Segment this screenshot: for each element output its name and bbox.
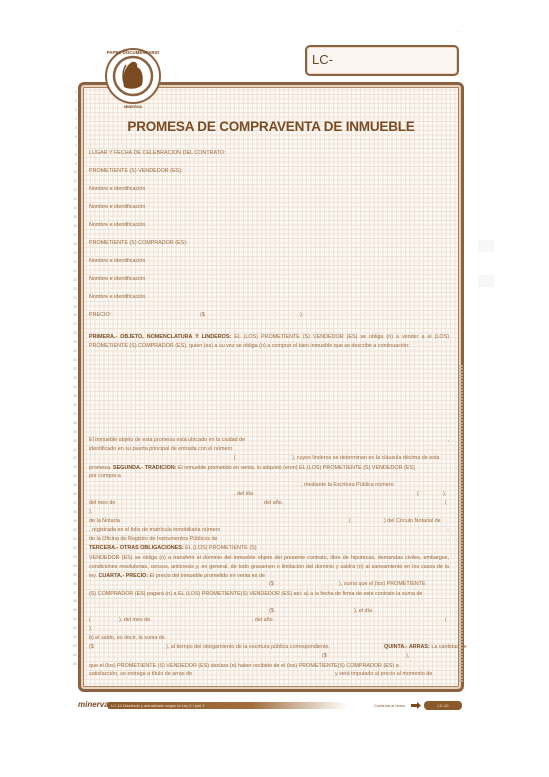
line-number: 57 — [67, 589, 77, 598]
line-number: 34 — [67, 383, 77, 392]
line-number: 2 — [67, 97, 77, 106]
line-number: 58 — [67, 597, 77, 606]
line-number: 28 — [67, 329, 77, 338]
line-number: 8 — [67, 151, 77, 160]
line-number: 12 — [67, 186, 77, 195]
line-number: 48 — [67, 508, 77, 517]
line-number: 61 — [67, 624, 77, 633]
continue-label: Continúa al dorso — [374, 702, 405, 709]
line-64[interactable]: satisfacción, se entrega a título de arr… — [89, 671, 449, 677]
line-45[interactable]: del mes de del año, ( — [89, 500, 449, 506]
line-number: 27 — [67, 320, 77, 329]
line-number: 32 — [67, 365, 77, 374]
line-number: 16 — [67, 222, 77, 231]
form-code-badge: LC-10 — [424, 701, 462, 710]
clausula-tercera-cuarta: VENDEDOR (ES) se obliga (n) a transferir… — [89, 554, 449, 581]
line-63: que el (los) PROMETIENTE (S) VENDEDOR (E… — [89, 662, 449, 671]
precio-field[interactable]: PRECIO: ($ ). — [89, 312, 111, 318]
arrow-right-icon — [411, 702, 421, 709]
line-48[interactable]: , registrada en el folio de matrícula in… — [89, 527, 449, 533]
clausula-quinta-heading: QUINTA.- ARRAS: — [384, 644, 430, 650]
line-number: 25 — [67, 303, 77, 312]
line-number: 35 — [67, 392, 77, 401]
comprador-heading: PROMETIENTE (S) COMPRADOR (ES): — [89, 240, 188, 246]
lc-number-field[interactable]: LC- — [305, 45, 459, 76]
line-number: 47 — [67, 499, 77, 508]
line-number: 50 — [67, 526, 77, 535]
line-number: 4 — [67, 115, 77, 124]
line-number: 26 — [67, 311, 77, 320]
vendedor-heading: PROMETIENTE (S) VENDEDOR (ES): — [89, 168, 182, 174]
reference-bar: LC-10 Diseñado y actualizado según la Le… — [108, 702, 348, 709]
line-number: 22 — [67, 276, 77, 285]
line-42[interactable]: por compra a — [89, 473, 121, 479]
line-number: 31 — [67, 356, 77, 365]
line-number: 23 — [67, 285, 77, 294]
line-number: 37 — [67, 410, 77, 419]
clausula-primera: PRIMERA.- OBJETO, NOMENCLATURA Y LINDERO… — [89, 333, 449, 351]
line-number: 33 — [67, 374, 77, 383]
logo-text-bottom: MINERVA — [124, 104, 142, 109]
background-artifact — [478, 275, 494, 287]
line-number: 56 — [67, 580, 77, 589]
line-number: 11 — [67, 177, 77, 186]
comprador-nombre-2[interactable]: Nombre e identificación — [89, 276, 145, 282]
line-number: 53 — [67, 553, 77, 562]
line-number: 14 — [67, 204, 77, 213]
line-number: 15 — [67, 213, 77, 222]
line-number: 1 — [67, 88, 77, 97]
line-number: 17 — [67, 231, 77, 240]
brand-logo: minerva — [78, 700, 109, 709]
line-number: 41 — [67, 446, 77, 455]
line-39[interactable]: identificado en su puerta principal de e… — [89, 446, 232, 452]
line-61[interactable]: ($ ), al tiempo del otorgamiento de la e… — [89, 644, 449, 650]
vendedor-nombre-3[interactable]: Nombre e identificación — [89, 222, 145, 228]
lc-label: LC- — [312, 52, 333, 67]
line-number: 54 — [67, 562, 77, 571]
line-number: 65 — [67, 660, 77, 669]
line-38[interactable]: El inmueble objeto de esta promesa está … — [89, 437, 449, 443]
line-number: 42 — [67, 454, 77, 463]
logo-text-top: PAPEL DOCUMENTARIO — [107, 50, 160, 55]
line-number: 59 — [67, 606, 77, 615]
line-number: 19 — [67, 249, 77, 258]
line-number: 9 — [67, 160, 77, 169]
line-49[interactable]: de la Oficina de Registro de Instrumento… — [89, 536, 449, 542]
clausula-tercera-heading: TERCERA.- OTRAS OBLIGACIONES: EL (LOS) P… — [89, 545, 257, 551]
comprador-nombre-1[interactable]: Nombre e identificación — [89, 258, 145, 264]
line-55: (S) COMPRADOR (ES) pagará (n) a EL (LOS)… — [89, 590, 449, 599]
page-mark: --- — [457, 29, 460, 33]
line-number: 52 — [67, 544, 77, 553]
background-artifact — [478, 240, 494, 252]
line-number: 5 — [67, 124, 77, 133]
line-number: 10 — [67, 168, 77, 177]
line-number: 55 — [67, 571, 77, 580]
line-number: 6 — [67, 133, 77, 142]
line-number: 29 — [67, 338, 77, 347]
line-number: 21 — [67, 267, 77, 276]
line-47[interactable]: de la Notaría ( ) del Círculo Notarial d… — [89, 518, 449, 524]
footer: minerva LC-10 Diseñado y actualizado seg… — [78, 700, 462, 712]
line-number: 38 — [67, 419, 77, 428]
minerva-seal-logo: PAPEL DOCUMENTARIO MINERVA — [102, 47, 164, 109]
line-58[interactable]: ( ), del mes de , del año ( — [89, 617, 449, 623]
line-number: 63 — [67, 642, 77, 651]
line-number: 60 — [67, 615, 77, 624]
line-number: 62 — [67, 633, 77, 642]
side-legal-text — [459, 365, 463, 683]
line-number: 51 — [67, 535, 77, 544]
document-title: PROMESA DE COMPRAVENTA DE INMUEBLE — [78, 119, 464, 134]
vendedor-nombre-2[interactable]: Nombre e identificación — [89, 204, 145, 210]
line-number: 36 — [67, 401, 77, 410]
line-numbers: 1234567891011121314151617181920212223242… — [67, 88, 77, 669]
line-number: 7 — [67, 142, 77, 151]
line-number: 24 — [67, 294, 77, 303]
line-number: 46 — [67, 490, 77, 499]
line-number: 20 — [67, 258, 77, 267]
clausula-segunda: promesa. SEGUNDA.- TRADICION: El inmuebl… — [89, 464, 449, 473]
line-number: 39 — [67, 428, 77, 437]
line-46: ). — [89, 509, 92, 515]
comprador-nombre-3[interactable]: Nombre e identificación — [89, 294, 145, 300]
lugar-fecha-field[interactable]: LUGAR Y FECHA DE CELEBRACION DEL CONTRAT… — [89, 150, 226, 156]
line-number: 45 — [67, 481, 77, 490]
line-number: 30 — [67, 347, 77, 356]
line-number: 44 — [67, 472, 77, 481]
line-number: 49 — [67, 517, 77, 526]
line-number: 18 — [67, 240, 77, 249]
line-number: 3 — [67, 106, 77, 115]
line-59: ). — [89, 626, 92, 632]
line-number: 43 — [67, 463, 77, 472]
line-number: 64 — [67, 651, 77, 660]
line-number: 40 — [67, 437, 77, 446]
line-60[interactable]: b) el saldo, es decir, la suma de — [89, 635, 165, 641]
vendedor-nombre-1[interactable]: Nombre e identificación — [89, 186, 145, 192]
line-number: 13 — [67, 195, 77, 204]
